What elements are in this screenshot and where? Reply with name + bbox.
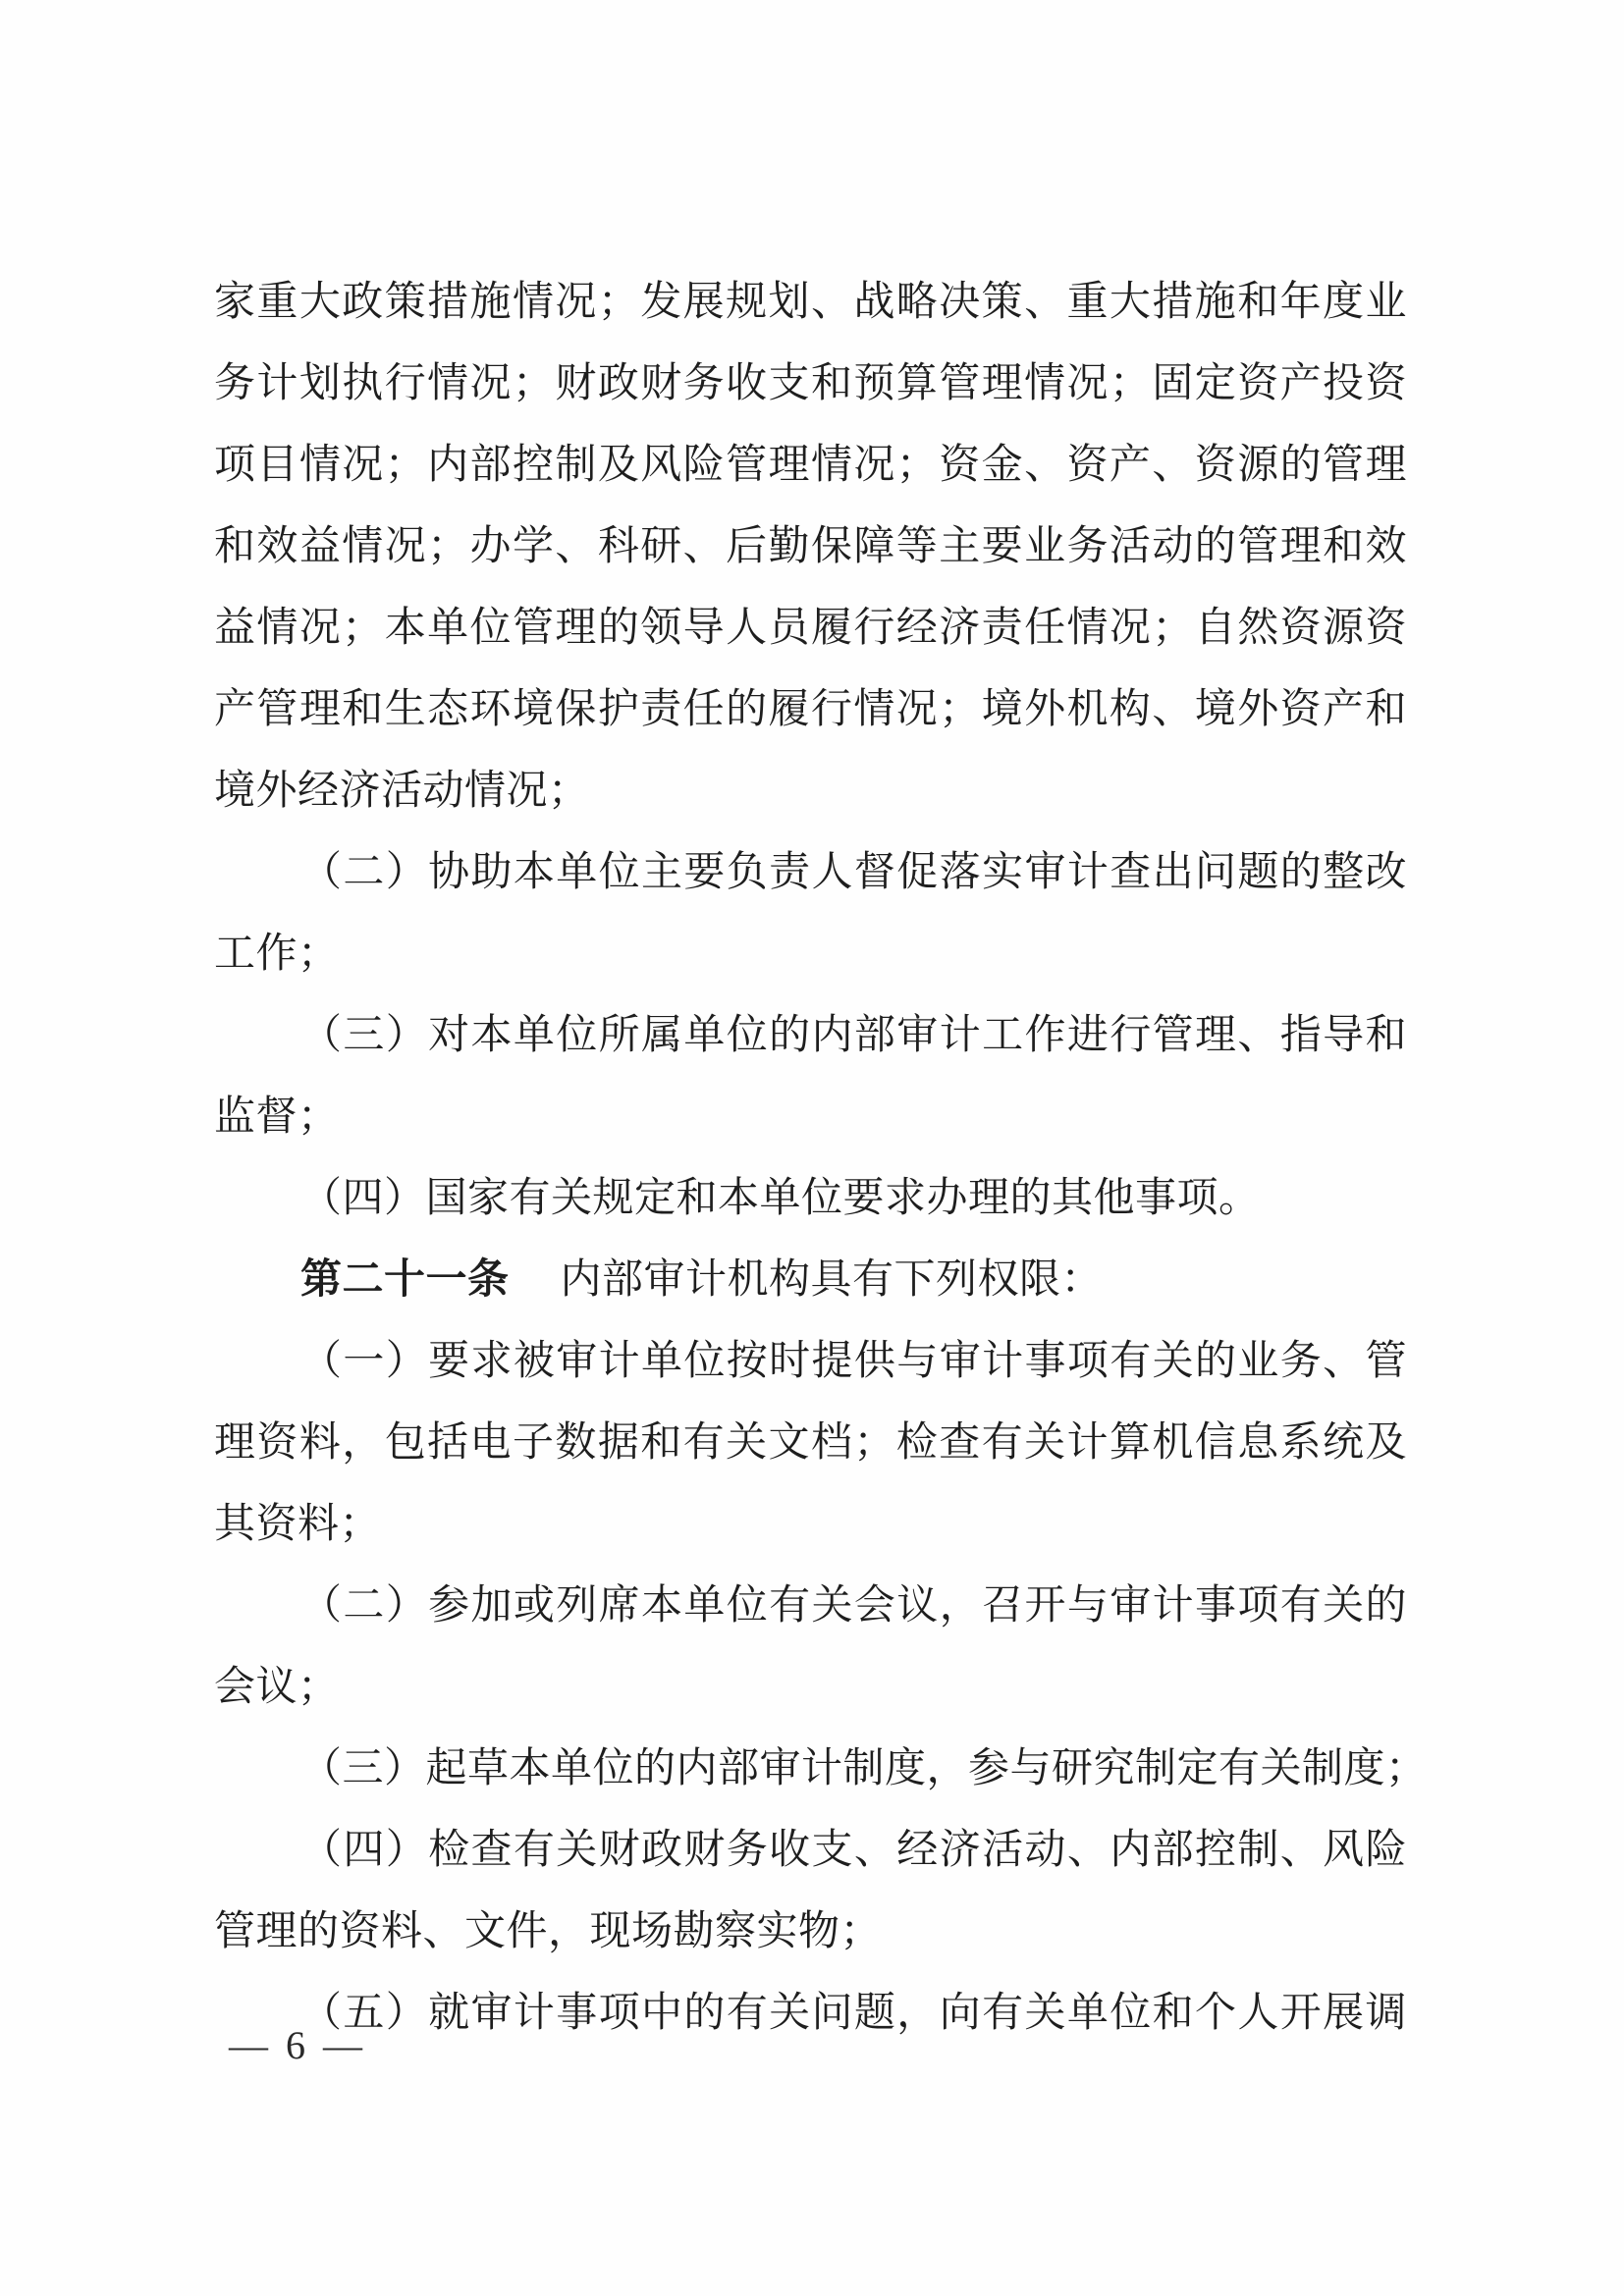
text-line-item-2: （二）协助本单位主要负责人督促落实审计查出问题的整改 [214, 832, 1407, 914]
footer-dash-left: — [229, 2023, 268, 2067]
article-number: 第二十一条 [300, 1257, 510, 1303]
text-line: 境外经济活动情况； [214, 751, 1407, 832]
text-line-item-3: （三）对本单位所属单位的内部审计工作进行管理、指导和 [214, 995, 1407, 1077]
text-line: 工作； [214, 914, 1407, 995]
text-line-item-2b: （二）参加或列席本单位有关会议，召开与审计事项有关的 [214, 1566, 1407, 1647]
text-line: 益情况；本单位管理的领导人员履行经济责任情况；自然资源资 [214, 588, 1407, 669]
text-line: 产管理和生态环境保护责任的履行情况；境外机构、境外资产和 [214, 669, 1407, 751]
text-line: 监督； [214, 1077, 1407, 1158]
text-line: 家重大政策措施情况；发展规划、战略决策、重大措施和年度业 [214, 262, 1407, 344]
text-line: 理资料，包括电子数据和有关文档；检查有关计算机信息系统及 [214, 1403, 1407, 1484]
footer-dash-right: — [323, 2023, 362, 2067]
text-line: 务计划执行情况；财政财务收支和预算管理情况；固定资产投资 [214, 344, 1407, 425]
text-line-item-4: （四）国家有关规定和本单位要求办理的其他事项。 [214, 1158, 1407, 1240]
text-line-item-3b: （三）起草本单位的内部审计制度，参与研究制定有关制度； [214, 1729, 1407, 1810]
text-line: 和效益情况；办学、科研、后勤保障等主要业务活动的管理和效 [214, 507, 1407, 588]
article-21-heading: 第二十一条内部审计机构具有下列权限： [214, 1240, 1407, 1321]
article-title: 内部审计机构具有下列权限： [561, 1257, 1104, 1303]
text-line: 项目情况；内部控制及风险管理情况；资金、资产、资源的管理 [214, 425, 1407, 507]
document-page: 家重大政策措施情况；发展规划、战略决策、重大措施和年度业 务计划执行情况；财政财… [0, 0, 1624, 2296]
footer-page-number: 6 [286, 2022, 305, 2069]
text-line-item-1: （一）要求被审计单位按时提供与审计事项有关的业务、管 [214, 1321, 1407, 1403]
document-body: 家重大政策措施情况；发展规划、战略决策、重大措施和年度业 务计划执行情况；财政财… [214, 262, 1407, 2055]
text-line: 其资料； [214, 1484, 1407, 1566]
text-line-item-4b: （四）检查有关财政财务收支、经济活动、内部控制、风险 [214, 1810, 1407, 1892]
text-line: 会议； [214, 1647, 1407, 1729]
text-line: 管理的资料、文件，现场勘察实物； [214, 1892, 1407, 1973]
page-number: —6— [229, 2022, 362, 2069]
text-line-item-5: （五）就审计事项中的有关问题，向有关单位和个人开展调 [214, 1973, 1407, 2055]
